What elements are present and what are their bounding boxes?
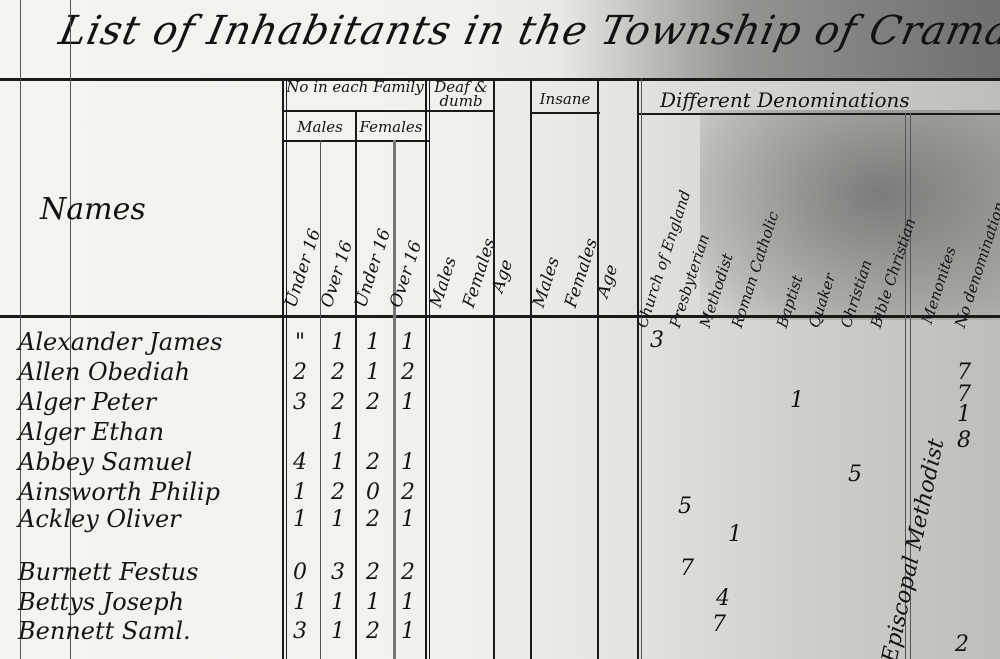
females-under16: 1 xyxy=(358,590,388,615)
females-over16: 1 xyxy=(393,507,423,532)
males-under16: 0 xyxy=(285,560,315,585)
table-row: Alger Ethan 1 xyxy=(0,418,1000,446)
header-females: Females xyxy=(357,118,425,136)
females-under16: 2 xyxy=(358,450,388,475)
resident-name: Ainsworth Philip xyxy=(18,478,220,506)
denomination-mark: 7 xyxy=(712,612,726,637)
males-over16: 1 xyxy=(323,507,353,532)
females-over16: 1 xyxy=(393,619,423,644)
table-row: Burnett Festus 0 3 2 2 xyxy=(0,558,1000,586)
females-over16: 1 xyxy=(393,390,423,415)
denomination-mark: 4 xyxy=(716,586,730,611)
resident-name: Allen Obediah xyxy=(18,358,190,386)
resident-name: Bennett Saml. xyxy=(18,617,191,645)
table-row: Ackley Oliver 1 1 2 1 xyxy=(0,505,1000,533)
table-row: Alexander James " 1 1 1 xyxy=(0,328,1000,356)
header-deaf-dumb: Deaf & dumb xyxy=(429,80,493,108)
females-under16: 2 xyxy=(358,619,388,644)
males-under16: 3 xyxy=(285,619,315,644)
table-row: Allen Obediah 2 2 1 2 xyxy=(0,358,1000,386)
males-under16: " xyxy=(285,330,315,355)
males-over16: 1 xyxy=(323,330,353,355)
table-row: Bettys Joseph 1 1 1 1 xyxy=(0,588,1000,616)
females-over16: 1 xyxy=(393,450,423,475)
females-under16: 2 xyxy=(358,507,388,532)
table-row: Bennett Saml. 3 1 2 1 xyxy=(0,617,1000,645)
males-under16: 1 xyxy=(285,480,315,505)
resident-name: Alger Peter xyxy=(18,388,156,416)
col-insane-males: Males xyxy=(529,255,564,310)
resident-name: Burnett Festus xyxy=(18,558,198,586)
denomination-mark: 7 xyxy=(680,556,694,581)
males-over16: 2 xyxy=(323,390,353,415)
females-over16: 2 xyxy=(393,360,423,385)
males-over16: 1 xyxy=(323,420,353,445)
header-family-count: No in each Family xyxy=(285,80,425,94)
males-over16: 1 xyxy=(323,619,353,644)
females-under16: 2 xyxy=(358,560,388,585)
males-under16: 4 xyxy=(285,450,315,475)
males-under16: 2 xyxy=(285,360,315,385)
females-over16: 2 xyxy=(393,480,423,505)
denomination-mark: 2 xyxy=(955,632,969,657)
deaf-sub-rule xyxy=(425,110,495,112)
females-under16: 0 xyxy=(358,480,388,505)
males-over16: 2 xyxy=(323,360,353,385)
resident-name: Ackley Oliver xyxy=(18,505,181,533)
resident-name: Bettys Joseph xyxy=(18,588,184,616)
header-top-rule xyxy=(0,78,1000,81)
census-page: List of Inhabitants in the Township of C… xyxy=(0,0,1000,659)
females-under16: 1 xyxy=(358,330,388,355)
denomination-mark: 5 xyxy=(848,462,862,487)
insane-sub-rule xyxy=(530,112,600,114)
denomination-sub-rule xyxy=(637,113,1000,115)
document-title: List of Inhabitants in the Township of C… xyxy=(55,8,1000,54)
males-under16: 3 xyxy=(285,390,315,415)
denomination-mark: 1 xyxy=(728,522,742,547)
denomination-mark: 1 xyxy=(957,402,971,427)
males-over16: 2 xyxy=(323,480,353,505)
females-over16: 2 xyxy=(393,560,423,585)
denomination-mark: 1 xyxy=(790,388,804,413)
males-under16: 1 xyxy=(285,590,315,615)
table-row: Alger Peter 3 2 2 1 xyxy=(0,388,1000,416)
denomination-mark: 3 xyxy=(650,328,664,353)
names-header: Names xyxy=(40,192,146,227)
males-over16: 1 xyxy=(323,450,353,475)
header-males: Males xyxy=(287,118,353,136)
males-over16: 1 xyxy=(323,590,353,615)
females-over16: 1 xyxy=(393,590,423,615)
col-insane-females: Females xyxy=(561,236,602,310)
females-under16: 2 xyxy=(358,390,388,415)
males-over16: 3 xyxy=(323,560,353,585)
header-insane: Insane xyxy=(533,90,597,108)
resident-name: Alger Ethan xyxy=(18,418,164,446)
denomination-mark: 8 xyxy=(957,428,971,453)
resident-name: Alexander James xyxy=(18,328,222,356)
females-under16: 1 xyxy=(358,360,388,385)
header-denominations: Different Denominations xyxy=(660,88,1000,112)
males-under16: 1 xyxy=(285,507,315,532)
resident-name: Abbey Samuel xyxy=(18,448,192,476)
col-deaf-males: Males xyxy=(426,255,461,310)
females-over16: 1 xyxy=(393,330,423,355)
denomination-mark: 5 xyxy=(678,494,692,519)
